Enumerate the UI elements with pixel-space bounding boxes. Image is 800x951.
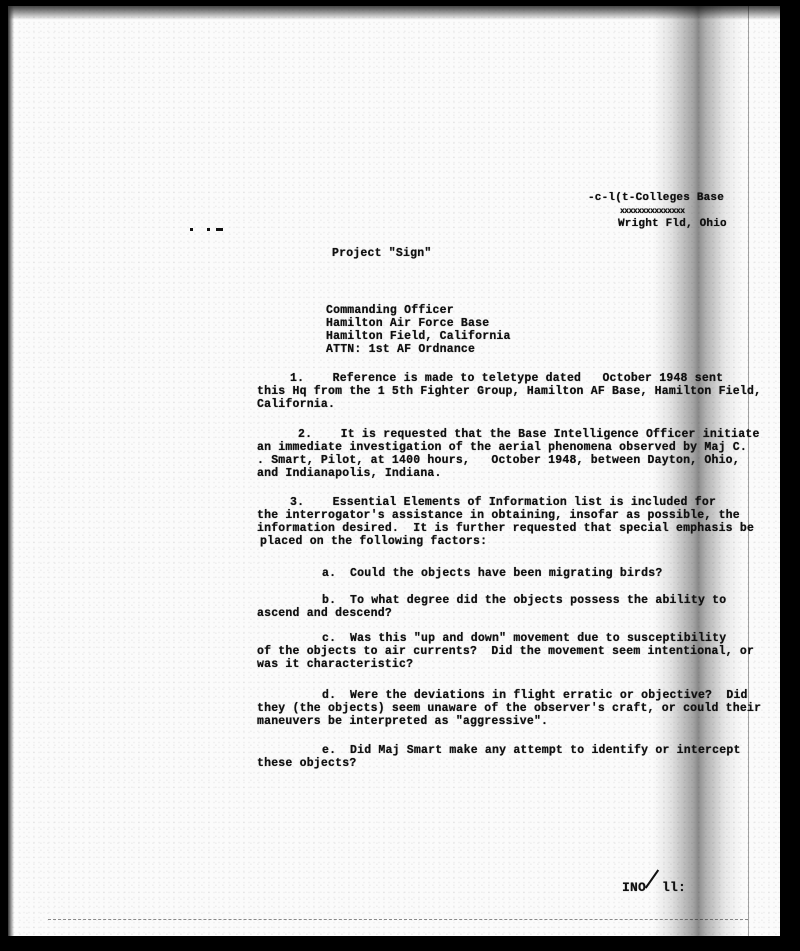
question-a-line-1: Could the objects have been migrating bi… [350,567,662,580]
question-d-line-1: Were the deviations in flight erratic or… [350,689,748,702]
scan-streak [653,6,743,936]
scan-left-shadow [8,6,14,936]
bottom-edge-dashes [48,919,748,921]
scanned-page: -c-l(t-Colleges Base xxxxxxxxxxxxxxx Wri… [8,6,780,936]
letterhead-line-3: Wright Fld, Ohio [618,218,727,231]
addressee-line-1: Commanding Officer [326,304,454,317]
para-2-line-1: 2. It is requested that the Base Intelli… [298,428,760,441]
letterhead-line-2: xxxxxxxxxxxxxxx [620,205,685,218]
continuation-mark: INO ll: [622,881,686,894]
para-2-line-3: . Smart, Pilot, at 1400 hours, October 1… [257,454,740,467]
letterhead-line-1: -c-l(t-Colleges Base [588,192,724,205]
addressee-line-4: ATTN: 1st AF Ordnance [326,343,475,356]
question-b-line-2: ascend and descend? [257,607,392,620]
question-d-line-2: they (the objects) seem unaware of the o… [257,702,761,715]
para-2-line-4: and Indianapolis, Indiana. [257,467,442,480]
question-c-line-2: of the objects to air currents? Did the … [257,645,754,658]
question-e-line-1: Did Maj Smart make any attempt to identi… [350,744,741,757]
para-3-line-1: 3. Essential Elements of Information lis… [290,496,716,509]
para-3-line-3: information desired. It is further reque… [257,522,754,535]
para-2-line-2: an immediate investigation of the aerial… [257,441,747,454]
para-1-line-2: this Hq from the 1 5th Fighter Group, Ha… [257,385,761,398]
stray-marks [190,218,223,236]
addressee-line-2: Hamilton Air Force Base [326,317,489,330]
question-e-line-2: these objects? [257,757,356,770]
question-c-line-1: Was this "up and down" movement due to s… [350,632,726,645]
question-c-label: c. [322,632,336,645]
question-d-label: d. [322,689,336,702]
scan-vertical-line [748,6,749,936]
question-b-label: b. [322,594,336,607]
question-e-label: e. [322,744,336,757]
question-c-line-3: was it characteristic? [257,658,413,671]
para-1-line-3: California. [257,398,335,411]
scan-bottom-border [0,936,800,951]
addressee-line-3: Hamilton Field, California [326,330,511,343]
para-3-line-4: placed on the following factors: [260,535,487,548]
para-3-line-2: the interrogator's assistance in obtaini… [257,509,740,522]
scan-right-border [780,6,800,951]
question-d-line-3: maneuvers be interpreted as "aggressive"… [257,715,548,728]
question-a-label: a. [322,567,336,580]
question-b-line-1: To what degree did the objects possess t… [350,594,726,607]
subject-line: Project "Sign" [332,247,431,260]
para-1-line-1: 1. Reference is made to teletype dated O… [290,372,723,385]
